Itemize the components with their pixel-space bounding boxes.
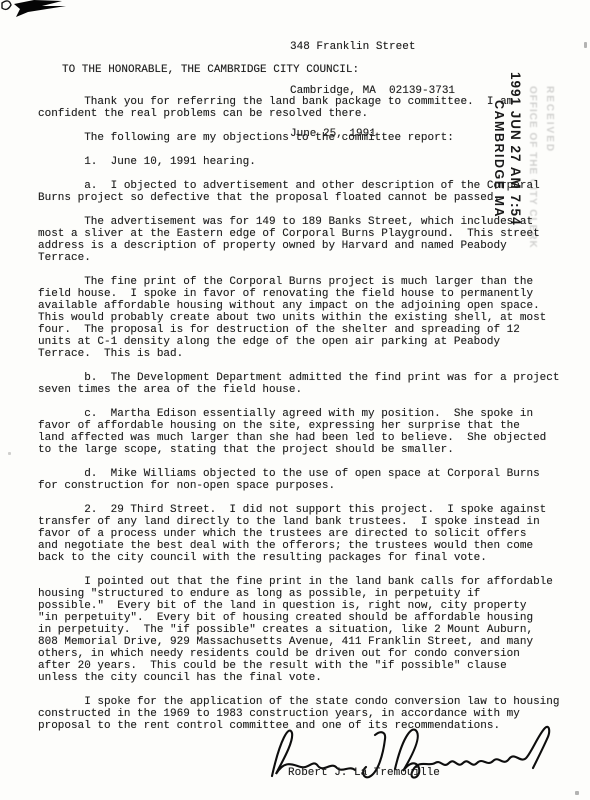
letter-line: favor of a process under which the trust… bbox=[38, 528, 583, 540]
letter-line: I spoke for the application of the state… bbox=[38, 696, 583, 708]
letter-paragraph: The following are my objections to the c… bbox=[38, 132, 583, 144]
letter-body: TO THE HONORABLE, THE CAMBRIDGE CITY COU… bbox=[38, 64, 583, 744]
letter-line: b. The Development Department admitted t… bbox=[38, 372, 583, 384]
salutation: TO THE HONORABLE, THE CAMBRIDGE CITY COU… bbox=[38, 64, 583, 76]
scan-artifact-blob bbox=[0, 0, 90, 22]
letter-line: confident the real problems can be resol… bbox=[38, 108, 583, 120]
letter-line: for construction for non-open space purp… bbox=[38, 480, 583, 492]
letter-line: address is a description of property own… bbox=[38, 240, 583, 252]
letter-line: The following are my objections to the c… bbox=[38, 132, 583, 144]
letter-paragraph: d. Mike Williams objected to the use of … bbox=[38, 468, 583, 492]
letter-line: possible." Every bit of the land in ques… bbox=[38, 600, 583, 612]
scanned-letter-page: 348 Franklin Street Cambridge, MA 02139-… bbox=[0, 0, 590, 800]
letter-line: field house. I spoke in favor of renovat… bbox=[38, 288, 583, 300]
letter-line: and negotiate the best deal with the off… bbox=[38, 540, 583, 552]
letter-paragraph: The advertisement was for 149 to 189 Ban… bbox=[38, 216, 583, 264]
letter-line: to the large scope, stating that the pro… bbox=[38, 444, 583, 456]
letter-line: The fine print of the Corporal Burns pro… bbox=[38, 276, 583, 288]
letter-paragraph: 2. 29 Third Street. I did not support th… bbox=[38, 504, 583, 564]
letter-line: 808 Memorial Drive, 929 Massachusetts Av… bbox=[38, 636, 583, 648]
scan-speck bbox=[8, 452, 11, 455]
letter-line: a. I objected to advertisement and other… bbox=[38, 180, 583, 192]
letter-line: housing "structured to endure as long as… bbox=[38, 588, 583, 600]
letter-line: favor of affordable housing on the site,… bbox=[38, 420, 583, 432]
letter-paragraph: c. Martha Edison essentially agreed with… bbox=[38, 408, 583, 456]
letter-line: constructed in the 1969 to 1983 construc… bbox=[38, 708, 583, 720]
letter-paragraph: a. I objected to advertisement and other… bbox=[38, 180, 583, 204]
letter-line: "in perpetuity". Every bit of housing cr… bbox=[38, 612, 583, 624]
letter-paragraph: I pointed out that the fine print in the… bbox=[38, 576, 583, 684]
letter-paragraph: 1. June 10, 1991 hearing. bbox=[38, 156, 583, 168]
letter-line: after 20 years. This could be the result… bbox=[38, 660, 583, 672]
letter-line: others, in which needy residents could b… bbox=[38, 648, 583, 660]
letter-line: Terrace. This is bad. bbox=[38, 348, 583, 360]
letter-line: back to the city council with the result… bbox=[38, 552, 583, 564]
letter-paragraph: b. The Development Department admitted t… bbox=[38, 372, 583, 396]
scan-speck bbox=[575, 791, 579, 795]
letter-line: 1. June 10, 1991 hearing. bbox=[38, 156, 583, 168]
letter-line: This would probably create about two uni… bbox=[38, 312, 583, 324]
letter-line: Terrace. bbox=[38, 252, 583, 264]
letter-line: Burns project so defective that the prop… bbox=[38, 192, 583, 204]
letter-line: c. Martha Edison essentially agreed with… bbox=[38, 408, 583, 420]
letter-paragraph: The fine print of the Corporal Burns pro… bbox=[38, 276, 583, 360]
letter-line: four. The proposal is for destruction of… bbox=[38, 324, 583, 336]
letter-line: The advertisement was for 149 to 189 Ban… bbox=[38, 216, 583, 228]
address-street: 348 Franklin Street bbox=[290, 40, 455, 55]
letter-paragraphs: Thank you for referring the land bank pa… bbox=[38, 96, 583, 732]
letter-line: land affected was much larger than she h… bbox=[38, 432, 583, 444]
letter-line: most a sliver at the Eastern edge of Cor… bbox=[38, 228, 583, 240]
letter-paragraph: Thank you for referring the land bank pa… bbox=[38, 96, 583, 120]
letter-line: units at C-1 density along the edge of t… bbox=[38, 336, 583, 348]
letter-line: unless the city council has the final vo… bbox=[38, 672, 583, 684]
typed-signature-name: Robert J. La Tremouille bbox=[288, 767, 440, 779]
letter-line: available affordable housing without any… bbox=[38, 300, 583, 312]
letter-line: in perpetuity. The "if possible" creates… bbox=[38, 624, 583, 636]
letter-line: Thank you for referring the land bank pa… bbox=[38, 96, 583, 108]
letter-line: 2. 29 Third Street. I did not support th… bbox=[38, 504, 583, 516]
letter-line: d. Mike Williams objected to the use of … bbox=[38, 468, 583, 480]
letter-line: seven times the area of the field house. bbox=[38, 384, 583, 396]
letter-line: I pointed out that the fine print in the… bbox=[38, 576, 583, 588]
scan-speck bbox=[584, 42, 587, 48]
letter-line: transfer of any land directly to the lan… bbox=[38, 516, 583, 528]
